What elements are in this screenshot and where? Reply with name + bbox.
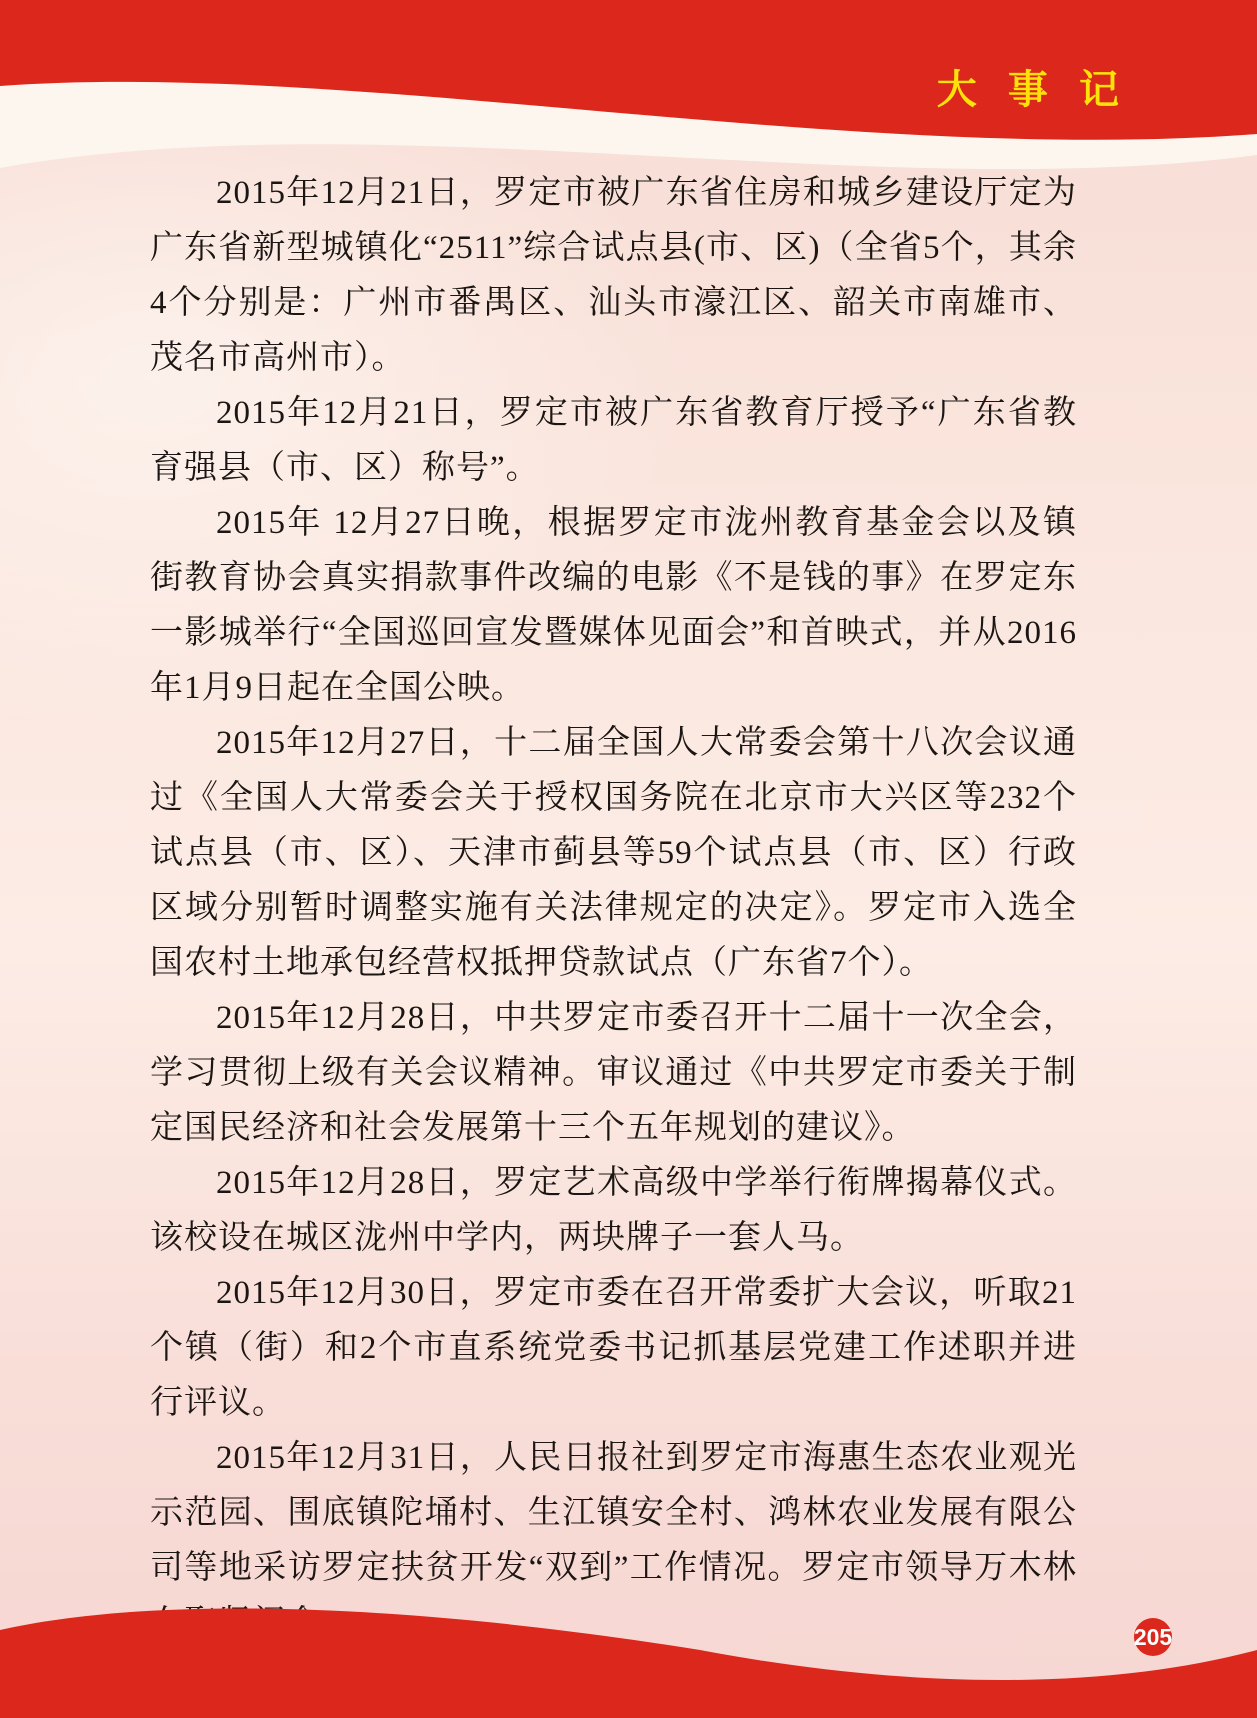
page-number-badge: 205 [1134, 1618, 1172, 1656]
paragraph-7: 2015年12月30日，罗定市委在召开常委扩大会议，听取21个镇（街）和2个市直… [150, 1266, 1077, 1431]
footer-wave-band [0, 1518, 1257, 1718]
paragraph-3: 2015年 12月27日晚，根据罗定市泷州教育基金会以及镇街教育协会真实捐款事件… [150, 496, 1077, 716]
paragraph-1: 2015年12月21日，罗定市被广东省住房和城乡建设厅定为广东省新型城镇化“25… [150, 166, 1077, 386]
footer-redwave-shape [0, 1608, 1257, 1718]
page-title: 大 事 记 [937, 70, 1129, 110]
chronicle-text-block: 2015年12月21日，罗定市被广东省住房和城乡建设厅定为广东省新型城镇化“25… [150, 166, 1077, 1651]
paragraph-2: 2015年12月21日，罗定市被广东省教育厅授予“广东省教育强县（市、区）称号”… [150, 386, 1077, 496]
paragraph-6: 2015年12月28日，罗定艺术高级中学举行衔牌揭幕仪式。该校设在城区泷州中学内… [150, 1156, 1077, 1266]
document-page: 大 事 记 2015年12月21日，罗定市被广东省住房和城乡建设厅定为广东省新型… [0, 0, 1257, 1718]
paragraph-5: 2015年12月28日，中共罗定市委召开十二届十一次全会，学习贯彻上级有关会议精… [150, 991, 1077, 1156]
paragraph-4: 2015年12月27日，十二届全国人大常委会第十八次会议通过《全国人大常委会关于… [150, 716, 1077, 991]
